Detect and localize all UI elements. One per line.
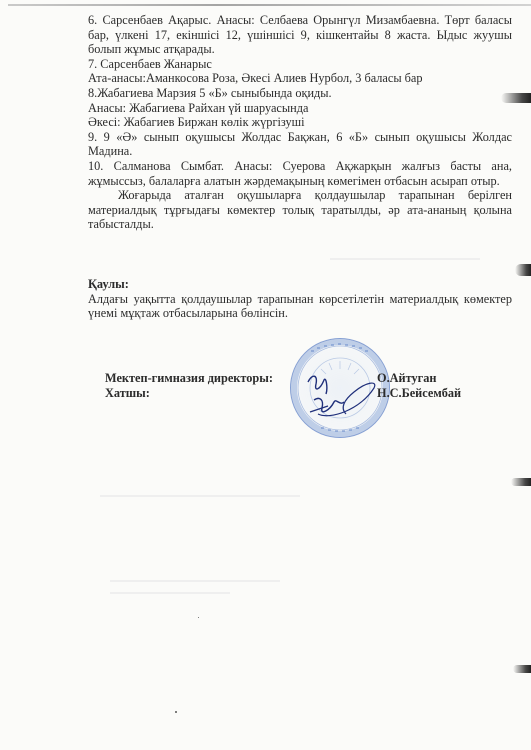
scanner-mark: [511, 478, 531, 486]
director-role-label: Мектеп-гимназия директоры:: [105, 371, 273, 386]
bleed-through-line: [100, 495, 300, 497]
resolution-text: Алдағы уақытта қолдаушылар тарапынан көр…: [88, 292, 512, 321]
secretary-name: Н.С.Бейсембай: [377, 386, 461, 401]
list-item-10: 10. Салманова Сымбат. Анасы: Суерова Ақж…: [88, 159, 512, 188]
secretary-role-label: Хатшы:: [105, 386, 273, 401]
scan-speck: [175, 711, 177, 713]
handwritten-signature: [300, 370, 380, 425]
resolution-heading: Қаулы:: [88, 277, 512, 292]
scan-speck: [198, 617, 199, 618]
document-body: 6. Сарсенбаев Ақарыс. Анасы: Селбаева Ор…: [88, 13, 512, 321]
list-item-8: 8.Жабагиева Марзия 5 «Б» сыныбында оқиды…: [88, 86, 512, 101]
list-item-8-father: Әкесі: Жабагиев Биржан көлік жүргізуші: [88, 115, 512, 130]
scanner-mark: [515, 264, 531, 276]
scan-edge-line: [8, 4, 531, 6]
list-item-7: 7. Сарсенбаев Жанарыс: [88, 57, 512, 72]
scanner-mark: [513, 665, 531, 673]
list-item-7-parents: Ата-анасы:Аманкосова Роза, Әкесі Алиев Н…: [88, 71, 512, 86]
director-name: О.Айтуган: [377, 371, 461, 386]
bleed-through-line: [110, 592, 230, 594]
list-item-9: 9. 9 «Ә» сынып оқушысы Жолдас Бақжан, 6 …: [88, 130, 512, 159]
list-item-8-mother: Анасы: Жабагиева Райхан үй шаруасында: [88, 101, 512, 116]
list-item-6: 6. Сарсенбаев Ақарыс. Анасы: Селбаева Ор…: [88, 13, 512, 57]
bleed-through-line: [110, 580, 280, 582]
summary-paragraph: Жоғарыда аталған оқушыларға қолдаушылар …: [88, 188, 512, 232]
